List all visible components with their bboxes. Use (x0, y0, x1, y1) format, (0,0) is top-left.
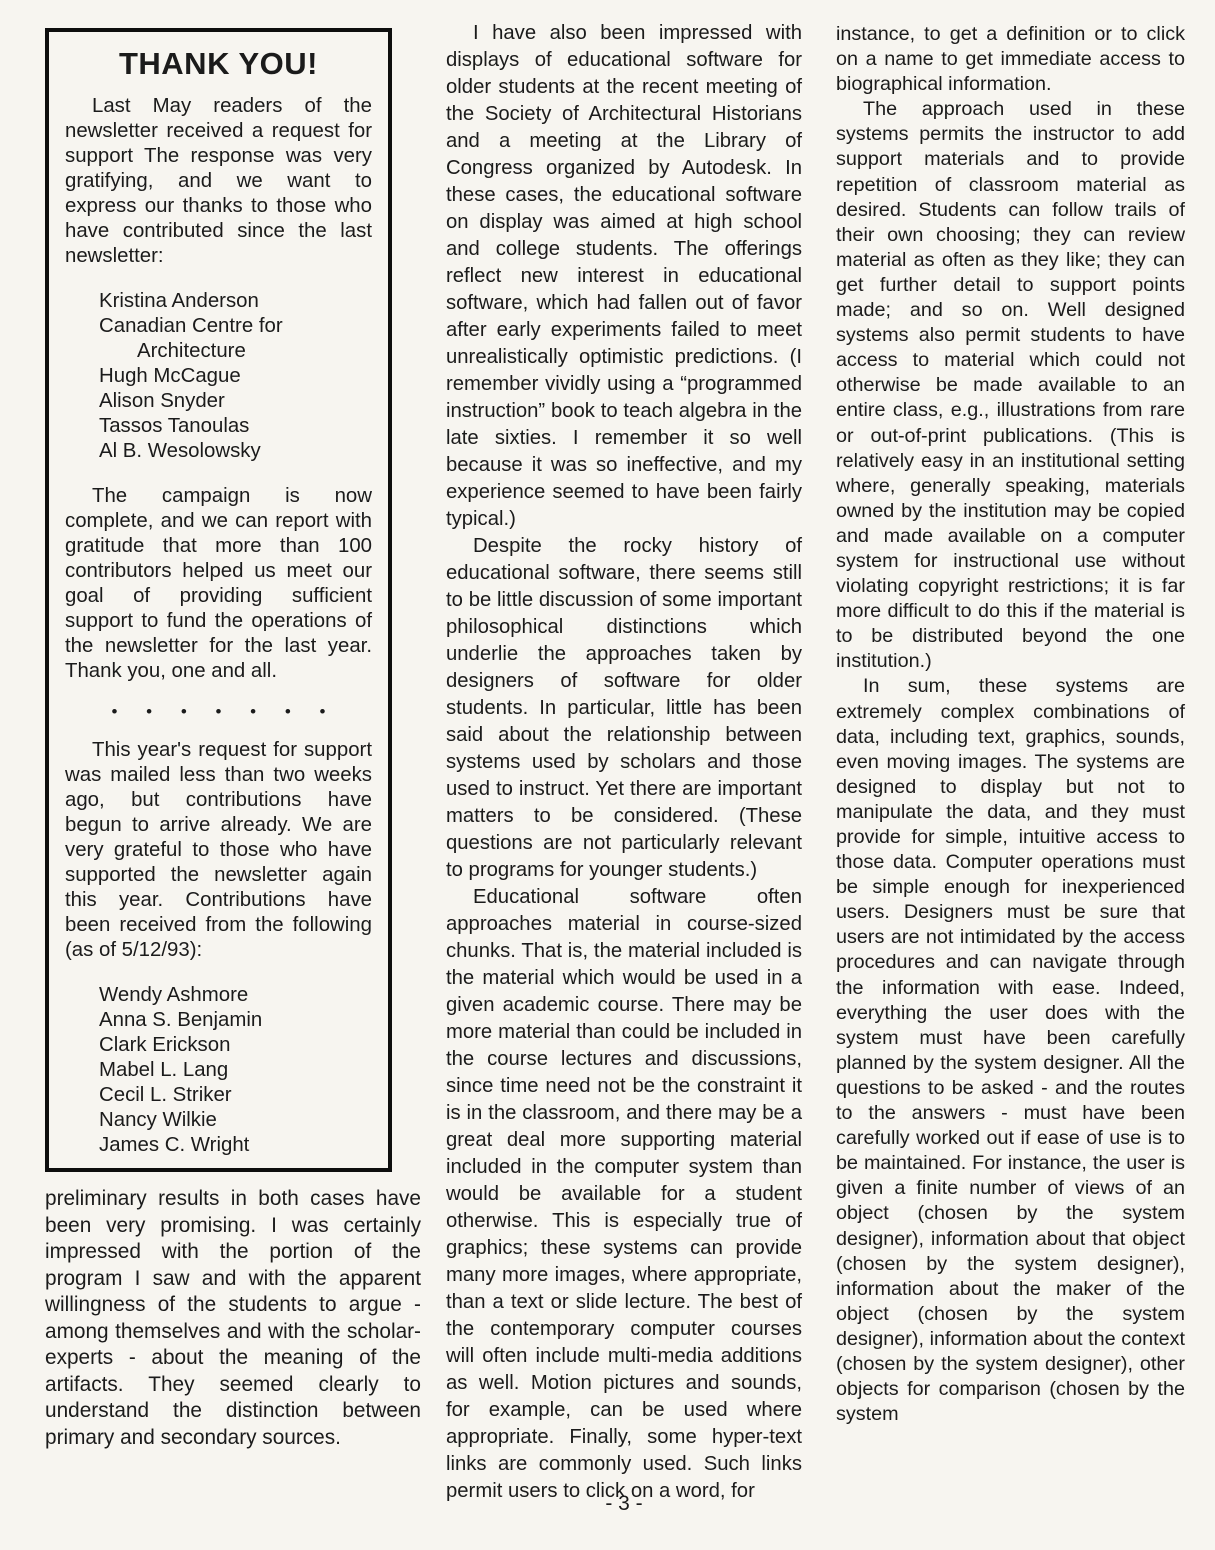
donor-list-first: Kristina Anderson Canadian Centre for Ar… (99, 289, 372, 464)
donor-line: Alison Snyder (99, 389, 372, 414)
donor-line: Clark Erickson (99, 1033, 372, 1058)
middle-column: I have also been impressed with displays… (446, 20, 802, 1505)
article-paragraph-continuation: instance, to get a definition or to clic… (836, 22, 1185, 97)
left-column-continuation-paragraph: preliminary results in both cases have b… (45, 1186, 421, 1451)
donor-line: Mabel L. Lang (99, 1058, 372, 1083)
dot-separator: • • • • • • • (65, 702, 372, 722)
donor-line: Anna S. Benjamin (99, 1008, 372, 1033)
thank-you-box: THANK YOU! Last May readers of the newsl… (45, 28, 392, 1172)
article-paragraph: In sum, these systems are extremely comp… (836, 674, 1185, 1427)
thank-you-paragraph-3: This year's request for support was mail… (65, 738, 372, 963)
donor-line: Wendy Ashmore (99, 983, 372, 1008)
page-number: - 3 - (446, 1492, 802, 1516)
donor-line: Al B. Wesolowsky (99, 439, 372, 464)
donor-line: Hugh McCague (99, 364, 372, 389)
donor-line-continuation: Architecture (99, 339, 372, 364)
left-column: THANK YOU! Last May readers of the newsl… (45, 28, 421, 1451)
right-column: instance, to get a definition or to clic… (836, 22, 1185, 1427)
donor-line: Tassos Tanoulas (99, 414, 372, 439)
thank-you-paragraph-1: Last May readers of the newsletter recei… (65, 94, 372, 269)
thank-you-paragraph-2: The campaign is now complete, and we can… (65, 484, 372, 684)
article-paragraph: Educational software often approaches ma… (446, 884, 802, 1505)
article-paragraph: I have also been impressed with displays… (446, 20, 802, 533)
donor-line: Kristina Anderson (99, 289, 372, 314)
donor-list-second: Wendy Ashmore Anna S. Benjamin Clark Eri… (99, 983, 372, 1158)
donor-line: Canadian Centre for (99, 314, 372, 339)
donor-line: Cecil L. Striker (99, 1083, 372, 1108)
newsletter-page: THANK YOU! Last May readers of the newsl… (0, 0, 1215, 1550)
donor-line: Nancy Wilkie (99, 1108, 372, 1133)
article-paragraph: Despite the rocky history of educational… (446, 533, 802, 884)
article-paragraph: The approach used in these systems permi… (836, 97, 1185, 674)
donor-line: James C. Wright (99, 1133, 372, 1158)
thank-you-title: THANK YOU! (65, 46, 372, 82)
